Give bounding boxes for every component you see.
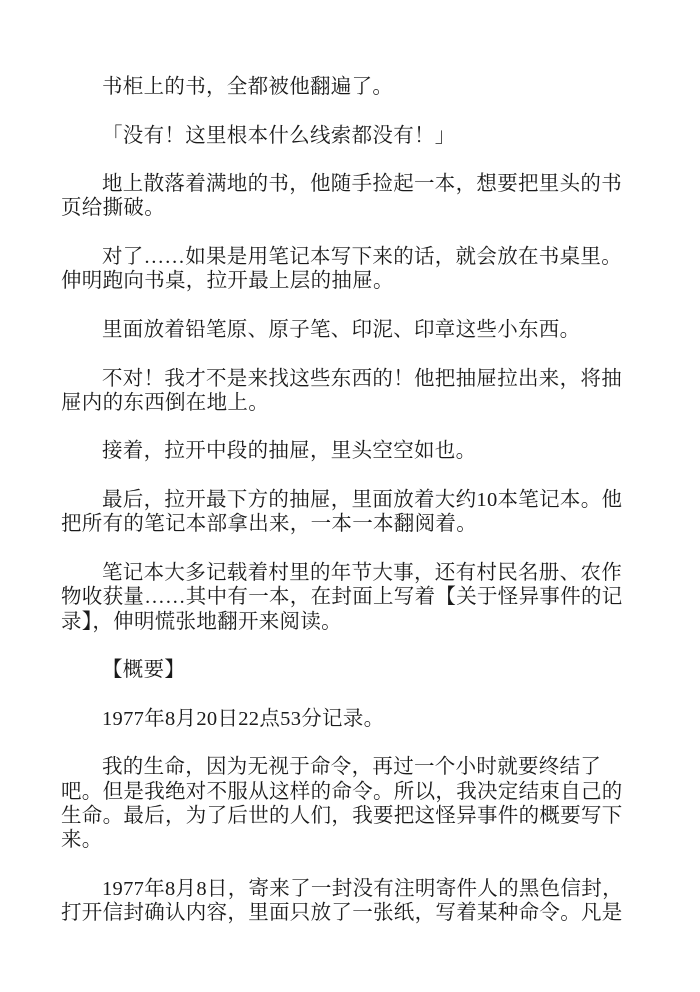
paragraph: 1977年8月8日，寄来了一封没有注明寄件人的黑色信封，打开信封确认内容，里面只… bbox=[61, 877, 639, 926]
paragraph: 我的生命，因为无视于命令，再过一个小时就要终结了吧。但是我绝对不服从这样的命令。… bbox=[61, 755, 639, 852]
text-line: 里面放着铅笔原、原子笔、印泥、印章这些小东西。 bbox=[61, 318, 639, 342]
text-line: 我的生命，因为无视于命令，再过一个小时就要终结了 bbox=[61, 755, 639, 779]
paragraph: 地上散落着满地的书，他随手捡起一本，想要把里头的书页给撕破。 bbox=[61, 172, 639, 221]
text-line: 【概要】 bbox=[61, 658, 639, 682]
text-line: 地上散落着满地的书，他随手捡起一本，想要把里头的书 bbox=[61, 172, 639, 196]
paragraph: 书柜上的书，全都被他翻遍了。 bbox=[61, 75, 639, 99]
text-line: 来。 bbox=[61, 828, 639, 852]
text-line: 接着，拉开中段的抽屉，里头空空如也。 bbox=[61, 439, 639, 463]
text-line: 书柜上的书，全都被他翻遍了。 bbox=[61, 75, 639, 99]
text-line: 不对！我才不是来找这些东西的！他把抽屉拉出来，将抽 bbox=[61, 367, 639, 391]
text-line: 伸明跑向书桌，拉开最上层的抽屉。 bbox=[61, 269, 639, 293]
text-line: 对了……如果是用笔记本写下来的话，就会放在书桌里。 bbox=[61, 245, 639, 269]
paragraph: 笔记本大多记载着村里的年节大事，还有村民名册、农作物收获量……其中有一本，在封面… bbox=[61, 561, 639, 634]
paragraph: 最后，拉开最下方的抽屉，里面放着大约10本笔记本。他把所有的笔记本部拿出来，一本… bbox=[61, 488, 639, 537]
text-line: 屉内的东西倒在地上。 bbox=[61, 391, 639, 415]
text-line: 生命。最后，为了后世的人们，我要把这怪异事件的概要写下 bbox=[61, 804, 639, 828]
paragraph: 对了……如果是用笔记本写下来的话，就会放在书桌里。伸明跑向书桌，拉开最上层的抽屉… bbox=[61, 245, 639, 294]
text-line: 打开信封确认内容，里面只放了一张纸，写着某种命令。凡是 bbox=[61, 901, 639, 925]
text-line: 物收获量……其中有一本，在封面上写着【关于怪异事件的记 bbox=[61, 585, 639, 609]
paragraph: 【概要】 bbox=[61, 658, 639, 682]
paragraph: 不对！我才不是来找这些东西的！他把抽屉拉出来，将抽屉内的东西倒在地上。 bbox=[61, 367, 639, 416]
text-line: 1977年8月8日，寄来了一封没有注明寄件人的黑色信封， bbox=[61, 877, 639, 901]
paragraph: 里面放着铅笔原、原子笔、印泥、印章这些小东西。 bbox=[61, 318, 639, 342]
text-line: 把所有的笔记本部拿出来，一本一本翻阅着。 bbox=[61, 512, 639, 536]
text-content: 书柜上的书，全都被他翻遍了。「没有！这里根本什么线索都没有！」地上散落着满地的书… bbox=[61, 75, 639, 950]
paragraph: 接着，拉开中段的抽屉，里头空空如也。 bbox=[61, 439, 639, 463]
text-line: 「没有！这里根本什么线索都没有！」 bbox=[61, 124, 639, 148]
paragraph: 1977年8月20日22点53分记录。 bbox=[61, 707, 639, 731]
text-line: 1977年8月20日22点53分记录。 bbox=[61, 707, 639, 731]
text-line: 录】，伸明慌张地翻开来阅读。 bbox=[61, 610, 639, 634]
text-line: 最后，拉开最下方的抽屉，里面放着大约10本笔记本。他 bbox=[61, 488, 639, 512]
text-line: 笔记本大多记载着村里的年节大事，还有村民名册、农作 bbox=[61, 561, 639, 585]
text-line: 页给撕破。 bbox=[61, 196, 639, 220]
document-page: 书柜上的书，全都被他翻遍了。「没有！这里根本什么线索都没有！」地上散落着满地的书… bbox=[0, 0, 700, 992]
paragraph: 「没有！这里根本什么线索都没有！」 bbox=[61, 124, 639, 148]
text-line: 吧。但是我绝对不服从这样的命令。所以，我决定结束自己的 bbox=[61, 780, 639, 804]
